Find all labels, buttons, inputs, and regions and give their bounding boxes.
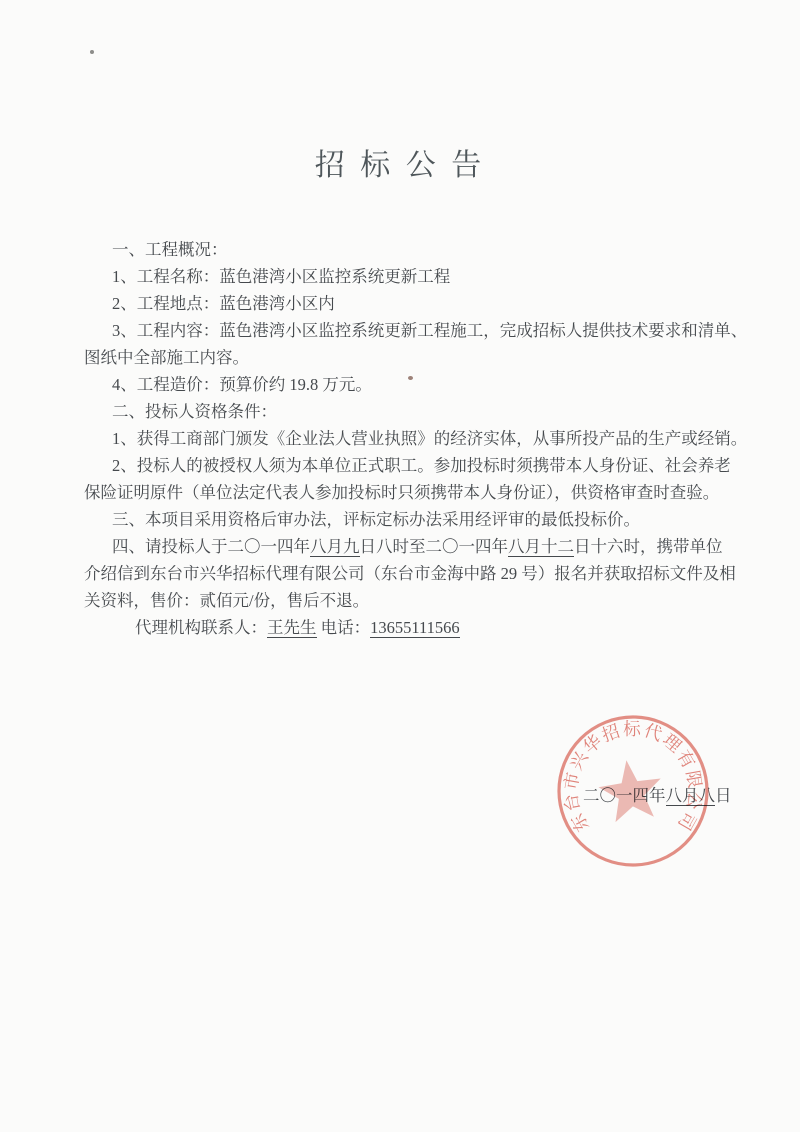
text-line: 介绍信到东台市兴华招标代理有限公司（东台市金海中路 29 号）报名并获取招标文件… [84,560,774,587]
text-run: 图纸中全部施工内容。 [84,348,249,367]
text-run: 三、本项目采用资格后审办法，评标定标办法采用经评审的最低投标价。 [112,510,640,529]
text-run: 一、工程概况： [112,240,228,259]
scan-speck [90,50,94,54]
section-4: 四、请投标人于二〇一四年八月九日八时至二〇一四年八月十二日十六时，携带单位介绍信… [84,533,774,614]
page-title: 招 标 公 告 [0,140,800,184]
underlined-text: 八月九 [310,537,360,557]
underlined-text: 王先生 [267,618,317,638]
text-line: 代理机构联系人：王先生 电话：13655111566 [84,614,774,641]
text-run: 电话： [317,618,371,637]
text-run: 二、投标人资格条件： [112,402,277,421]
text-line: 2、投标人的被授权人须为本单位正式职工。参加投标时须携带本人身份证、社会养老 [84,452,774,479]
text-run: 4、工程造价：预算价约 19.8 万元。 [112,375,372,394]
text-run: 保险证明原件（单位法定代表人参加投标时只须携带本人身份证），供资格审查时查验。 [84,483,719,502]
section-2-heading: 二、投标人资格条件： [84,398,774,425]
text-line: 2、工程地点：蓝色港湾小区内 [84,290,774,317]
text-run: 日八时至二〇一四年 [360,537,509,556]
text-line: 关资料，售价：贰佰元/份，售后不退。 [84,587,774,614]
text-run: 介绍信到东台市兴华招标代理有限公司（东台市金海中路 29 号）报名并获取招标文件… [84,564,736,583]
text-line: 1、获得工商部门颁发《企业法人营业执照》的经济实体，从事所投产品的生产或经销。 [84,425,774,452]
document-body: 一、工程概况：1、工程名称：蓝色港湾小区监控系统更新工程2、工程地点：蓝色港湾小… [84,236,774,641]
underlined-text: 13655111566 [370,618,460,638]
text-run: 1、工程名称：蓝色港湾小区监控系统更新工程 [112,267,450,286]
text-line: 4、工程造价：预算价约 19.8 万元。 [84,371,774,398]
item-2-2: 2、投标人的被授权人须为本单位正式职工。参加投标时须携带本人身份证、社会养老保险… [84,452,774,506]
underlined-text: 八月十二 [508,537,574,557]
text-line: 一、工程概况： [84,236,774,263]
text-line: 二、投标人资格条件： [84,398,774,425]
text-run: 1、获得工商部门颁发《企业法人营业执照》的经济实体，从事所投产品的生产或经销。 [112,429,747,448]
item-1-2: 2、工程地点：蓝色港湾小区内 [84,290,774,317]
item-1-4: 4、工程造价：预算价约 19.8 万元。 [84,371,774,398]
text-line: 图纸中全部施工内容。 [84,344,774,371]
scanned-document-page: 招 标 公 告 一、工程概况：1、工程名称：蓝色港湾小区监控系统更新工程2、工程… [0,0,800,1132]
item-1-3: 3、工程内容：蓝色港湾小区监控系统更新工程施工，完成招标人提供技术要求和清单、图… [84,317,774,371]
item-1-1: 1、工程名称：蓝色港湾小区监控系统更新工程 [84,263,774,290]
star-icon [599,760,661,822]
text-run: 日十六时，携带单位 [574,537,723,556]
text-run: 四、请投标人于二〇一四年 [112,537,310,556]
contact-line: 代理机构联系人：王先生 电话：13655111566 [84,614,774,641]
text-run: 2、投标人的被授权人须为本单位正式职工。参加投标时须携带本人身份证、社会养老 [112,456,731,475]
text-line: 四、请投标人于二〇一四年八月九日八时至二〇一四年八月十二日十六时，携带单位 [84,533,774,560]
section-1-heading: 一、工程概况： [84,236,774,263]
text-run: 关资料，售价：贰佰元/份，售后不退。 [84,591,369,610]
text-line: 三、本项目采用资格后审办法，评标定标办法采用经评审的最低投标价。 [84,506,774,533]
text-run: 代理机构联系人： [135,618,267,637]
text-run: 2、工程地点：蓝色港湾小区内 [112,294,335,313]
text-line: 保险证明原件（单位法定代表人参加投标时只须携带本人身份证），供资格审查时查验。 [84,479,774,506]
text-run: 3、工程内容：蓝色港湾小区监控系统更新工程施工，完成招标人提供技术要求和清单、 [112,321,747,340]
section-3: 三、本项目采用资格后审办法，评标定标办法采用经评审的最低投标价。 [84,506,774,533]
company-seal-stamp: 东台市兴华招标代理有限公司 [545,703,721,879]
text-line: 1、工程名称：蓝色港湾小区监控系统更新工程 [84,263,774,290]
text-line: 3、工程内容：蓝色港湾小区监控系统更新工程施工，完成招标人提供技术要求和清单、 [84,317,774,344]
item-2-1: 1、获得工商部门颁发《企业法人营业执照》的经济实体，从事所投产品的生产或经销。 [84,425,774,452]
